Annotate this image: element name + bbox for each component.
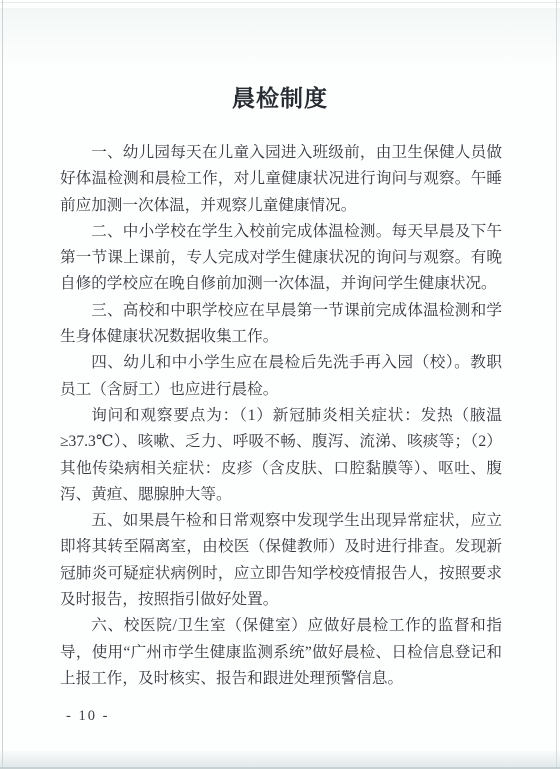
paragraph-1: 一、幼儿园每天在儿童入园进入班级前，由卫生保健人员做好体温检测和晨检工作，对儿童…	[60, 140, 502, 219]
paragraph-2: 二、中小学校在学生入校前完成体温检测。每天早晨及下午第一节课上课前，专人完成对学…	[60, 219, 502, 298]
paragraph-5: 询问和观察要点为：（1）新冠肺炎相关症状：发热（腋温≥37.3℃）、咳嗽、乏力、…	[60, 403, 502, 508]
document-body: 一、幼儿园每天在儿童入园进入班级前，由卫生保健人员做好体温检测和晨检工作，对儿童…	[60, 140, 502, 692]
document-page: 晨检制度 一、幼儿园每天在儿童入园进入班级前，由卫生保健人员做好体温检测和晨检工…	[0, 0, 560, 769]
paragraph-6: 五、如果晨午检和日常观察中发现学生出现异常症状，应立即将其转至隔离室，由校医（保…	[60, 508, 502, 613]
paragraph-3: 三、高校和中职学校应在早晨第一节课前完成体温检测和学生身体健康状况数据收集工作。	[60, 298, 502, 351]
scan-tint-artifact	[0, 8, 560, 68]
document-title: 晨检制度	[0, 87, 560, 110]
scan-edge-top	[0, 2, 560, 3]
page-number: - 10 -	[66, 708, 109, 725]
scan-strip-bottom	[0, 751, 560, 769]
scan-edge-right	[556, 0, 557, 769]
paragraph-7: 六、校医院/卫生室（保健室）应做好晨检工作的监督和指导，使用“广州市学生健康监测…	[60, 613, 502, 692]
scan-edge-left	[2, 0, 3, 769]
paragraph-4: 四、幼儿和中小学生应在晨检后先洗手再入园（校）。教职员工（含厨工）也应进行晨检。	[60, 350, 502, 403]
